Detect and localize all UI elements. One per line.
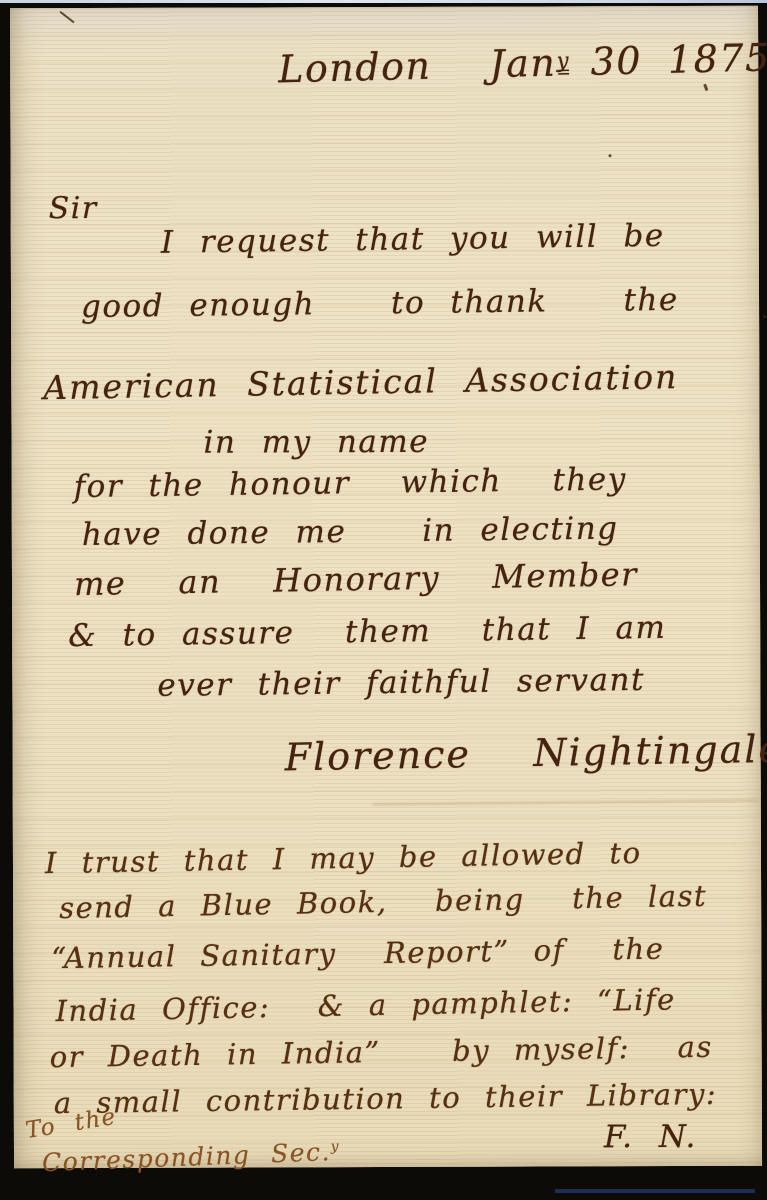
body-line-9: ever their faithful servant xyxy=(157,662,645,704)
scan-bottom-edge-strip xyxy=(555,1189,755,1193)
addressee-line-2: Corresponding Sec.y xyxy=(41,1137,339,1177)
body-line-7: me an Honorary Member xyxy=(74,555,639,603)
body-line-6: have done me in electing xyxy=(82,511,619,554)
body-line-1: I request that you will be xyxy=(161,218,665,261)
postscript-line-2: send a Blue Book, being the last xyxy=(59,879,708,925)
addressee-superscript: y xyxy=(330,1138,338,1154)
body-line-3: American Statistical Association xyxy=(43,357,679,407)
addressee-line-1: To the xyxy=(24,1104,119,1144)
postscript-line-5: or Death in India” by myself: as xyxy=(49,1030,713,1074)
date-line: LondonJany=301875 xyxy=(278,35,767,91)
date-gap xyxy=(642,73,668,74)
ink-speck xyxy=(703,84,708,92)
initials: F. N. xyxy=(604,1119,697,1155)
body-line-2: good enough to thank the xyxy=(81,282,679,325)
date-gap xyxy=(432,77,490,78)
paper-crease xyxy=(373,799,758,805)
date-day: 30 xyxy=(590,38,642,83)
date-month-superscript: y= xyxy=(556,54,571,77)
postscript-line-6: a small contribution to their Library: xyxy=(54,1077,718,1120)
signature: Florence Nightingale xyxy=(284,727,767,780)
postscript-line-1: I trust that I may be allowed to xyxy=(45,836,642,880)
postscript-line-3: “Annual Sanitary Report” of the xyxy=(51,932,665,976)
postscript-line-4: India Office: & a pamphlet: “Life xyxy=(55,982,676,1028)
place-name: London xyxy=(278,44,432,92)
salutation: Sir xyxy=(49,191,98,226)
pen-stroke-mark xyxy=(59,11,74,24)
date-month: Jan xyxy=(489,41,557,87)
ink-speck xyxy=(763,316,766,318)
letter-paper: LondonJany=301875 Sir I request that you… xyxy=(10,6,762,1169)
scan-frame: LondonJany=301875 Sir I request that you… xyxy=(0,0,767,1200)
body-line-5: for the honour which they xyxy=(73,461,627,505)
ink-speck xyxy=(609,154,612,157)
body-line-4: in my name xyxy=(203,424,429,461)
body-line-8: & to assure them that I am xyxy=(68,610,667,654)
scan-top-edge-strip xyxy=(0,0,767,3)
addressee-line-2-text: Corresponding Sec. xyxy=(41,1137,331,1177)
date-year: 1875 xyxy=(667,35,767,81)
